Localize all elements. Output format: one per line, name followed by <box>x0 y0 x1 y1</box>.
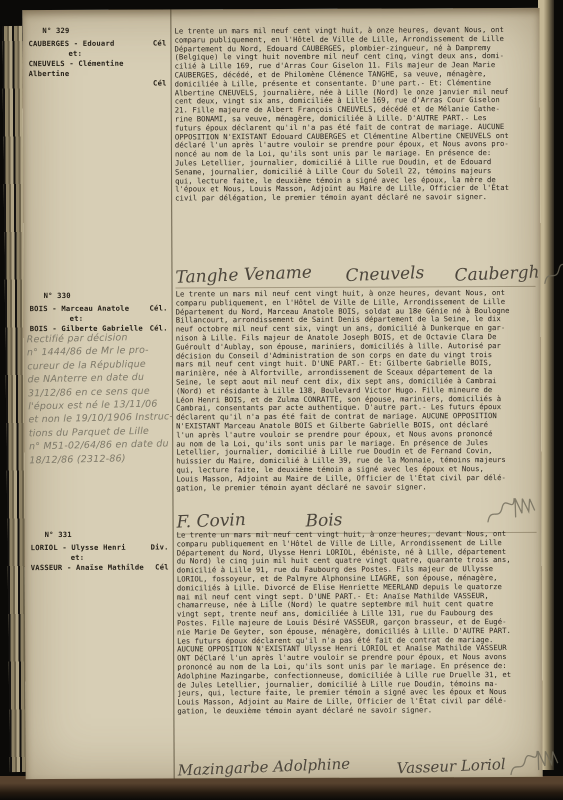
status-badge: Div. <box>147 542 169 552</box>
signature: Tanghe Vename <box>175 262 312 287</box>
status-badge: Cél. <box>145 304 167 314</box>
et-label: et: <box>30 314 168 325</box>
margin-header-331: N° 331 LORIOL - Ulysse Henri Div. et: VA… <box>31 529 169 573</box>
act-text-329: Le trente un mars mil neuf cent vingt hu… <box>174 26 535 206</box>
groom-name: LORIOL - Ulysse Henri <box>31 543 126 553</box>
signature: F. Covin <box>176 510 246 533</box>
status-badge: Cél <box>149 79 167 89</box>
register-page-photo: N° 329 CAUBERGES - Edouard Cél et: CNEUV… <box>0 0 563 800</box>
entry-number: N° 330 <box>30 291 168 302</box>
signature: Vasseur Loriol <box>396 755 506 777</box>
signature: Caubergh <box>454 262 540 285</box>
act-text-331: Le trente un mars mil neuf cent vingt hu… <box>177 530 538 720</box>
margin-header-330: N° 330 BOIS - Marceau Anatole Cél. et: B… <box>30 291 168 335</box>
entry-number: N° 331 <box>31 529 169 540</box>
register-page: N° 329 CAUBERGES - Edouard Cél et: CNEUV… <box>22 8 542 779</box>
et-label: et: <box>28 49 166 60</box>
status-badge: Cél <box>151 562 169 572</box>
signature-row-331: Mazingarbe Adolphine Vasseur Loriol <box>178 743 538 780</box>
margin-annotation-330: Rectifié par décision n° 1444/86 de Mr l… <box>27 330 176 467</box>
act-text-330: Le trente un mars mil neuf cent vingt hu… <box>176 289 537 496</box>
signature-row-329: Tanghe Vename Cneuvels Caubergh <box>175 248 535 289</box>
entry-number: N° 329 <box>28 26 166 37</box>
bride-name: VASSEUR - Anaïse Mathilde <box>31 563 144 573</box>
bride-name: CNEUVELS - Clémentine Albertine <box>29 59 167 80</box>
signature: Mazingarbe Adolphine <box>177 755 350 780</box>
et-label: et: <box>31 552 169 563</box>
signature: Cneuvels <box>346 263 426 286</box>
status-badge: Cél <box>149 39 167 49</box>
groom-name: BOIS - Marceau Anatole <box>30 304 130 314</box>
groom-name: CAUBERGES - Edouard <box>28 39 114 49</box>
margin-header-329: N° 329 CAUBERGES - Edouard Cél et: CNEUV… <box>28 26 166 90</box>
book-cover-bottom <box>0 776 563 800</box>
signature: Bois <box>305 510 343 531</box>
